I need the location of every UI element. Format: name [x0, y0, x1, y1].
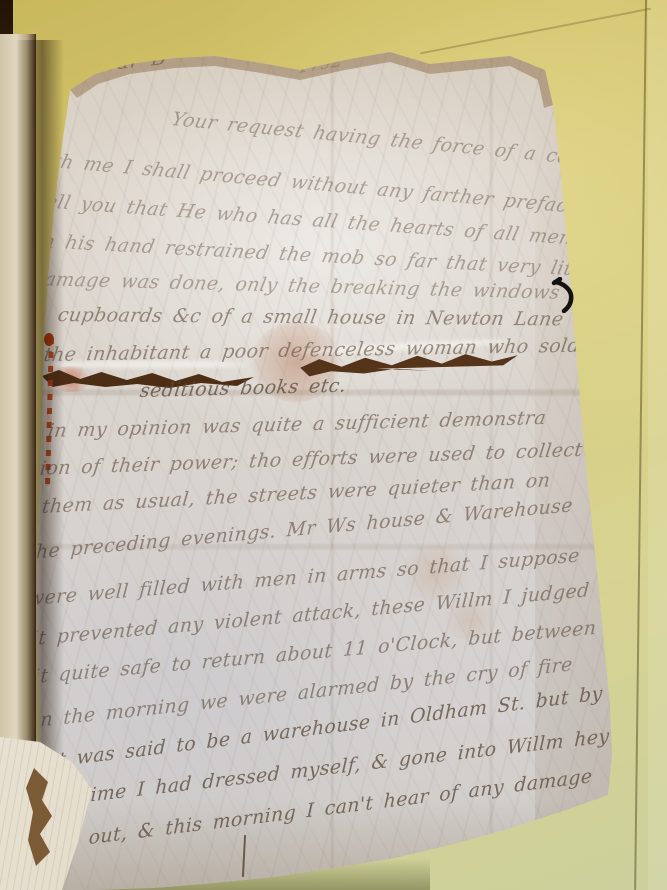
bottom-edge-slit: [242, 835, 246, 877]
letter-line: Your request having the force of a comma…: [169, 108, 645, 175]
letter-line: cupboards &c of a small house in Newton …: [56, 304, 565, 330]
backing-sheet-crease: [420, 8, 651, 55]
backing-sheet-fold-line: [634, 0, 647, 890]
manuscript-photo: My Dear B 1792 Your request having the f…: [0, 0, 667, 890]
backing-sheet-right-edge: [648, 0, 667, 890]
letter-page: My Dear B 1792 Your request having the f…: [0, 0, 667, 890]
ink-check-mark: [551, 277, 581, 313]
letter-line: in my opinion was quite a sufficient dem…: [47, 407, 548, 442]
letter-line: seditious books etc.: [139, 375, 348, 402]
